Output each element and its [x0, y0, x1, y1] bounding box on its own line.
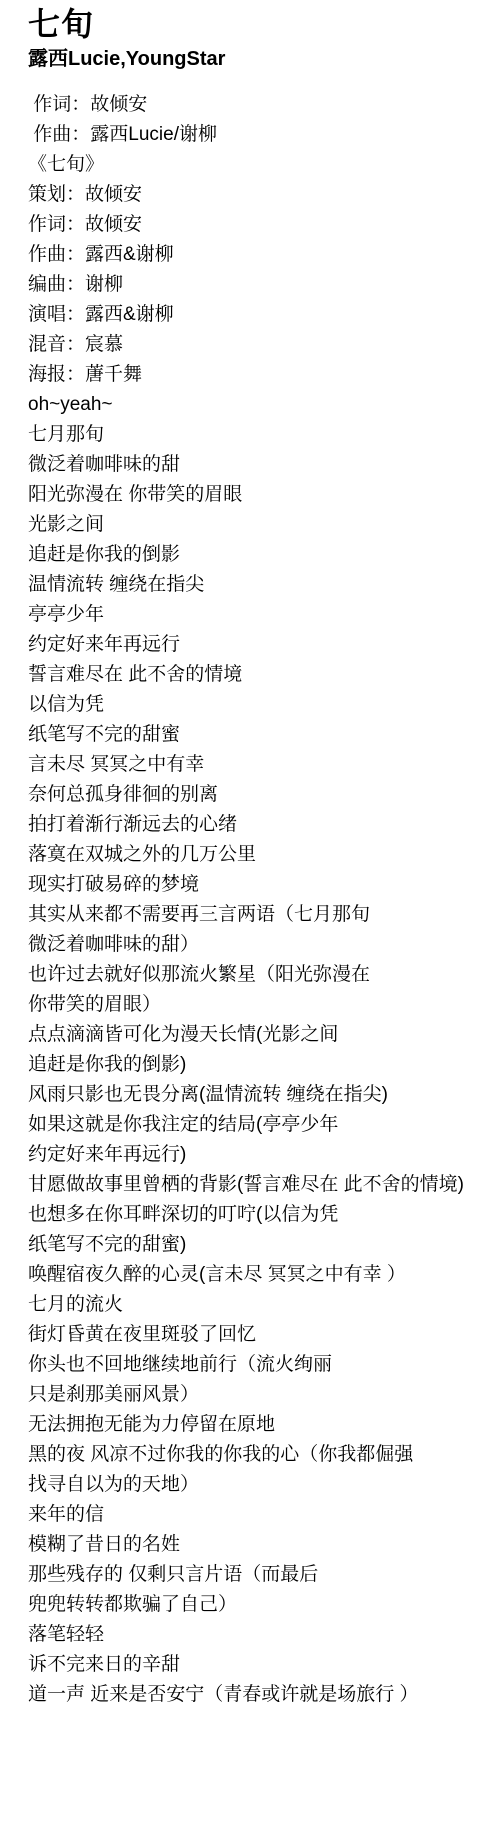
lyric-line: 只是刹那美丽风景）	[28, 1380, 482, 1410]
lyric-line: 《七旬》	[28, 150, 482, 180]
lyric-line: 点点滴滴皆可化为漫天长情(光影之间	[28, 1020, 482, 1050]
lyric-line: 温情流转 缠绕在指尖	[28, 570, 482, 600]
lyric-line: 纸笔写不完的甜蜜)	[28, 1230, 482, 1260]
lyric-line: 你头也不回地继续地前行（流火绚丽	[28, 1350, 482, 1380]
lyric-line: 如果这就是你我注定的结局(亭亭少年	[28, 1110, 482, 1140]
lyric-line: 风雨只影也无畏分离(温情流转 缠绕在指尖)	[28, 1080, 482, 1110]
lyric-line: 那些残存的 仅剩只言片语（而最后	[28, 1560, 482, 1590]
lyric-line: 微泛着咖啡味的甜）	[28, 930, 482, 960]
lyric-line: 你带笑的眉眼）	[28, 990, 482, 1020]
lyric-line: 以信为凭	[28, 690, 482, 720]
lyric-line: 演唱：露西&谢柳	[28, 300, 482, 330]
lyric-line: 作曲：露西Lucie/谢柳	[28, 120, 482, 150]
lyric-line: 唤醒宿夜久醉的心灵(言未尽 冥冥之中有幸 ）	[28, 1260, 482, 1290]
lyric-line: 奈何总孤身徘徊的别离	[28, 780, 482, 810]
lyric-line: 落笔轻轻	[28, 1620, 482, 1650]
lyric-line: 亭亭少年	[28, 600, 482, 630]
lyrics-section: 作词：故倾安 作曲：露西Lucie/谢柳《七旬》策划：故倾安作词：故倾安作曲：露…	[28, 90, 482, 1710]
lyric-line: 现实打破易碎的梦境	[28, 870, 482, 900]
lyric-line: 来年的信	[28, 1500, 482, 1530]
artist-line: 露西Lucie,YoungStar	[28, 48, 482, 70]
lyric-line: 阳光弥漫在 你带笑的眉眼	[28, 480, 482, 510]
lyric-line: 黑的夜 风凉不过你我的你我的心（你我都倔强	[28, 1440, 482, 1470]
lyric-line: 甘愿做故事里曾栖的背影(誓言难尽在 此不舍的情境)	[28, 1170, 482, 1200]
lyric-line: 编曲：谢柳	[28, 270, 482, 300]
lyric-line: 追赶是你我的倒影	[28, 540, 482, 570]
lyric-line: 诉不完来日的辛甜	[28, 1650, 482, 1680]
lyric-line: 作曲：露西&谢柳	[28, 240, 482, 270]
lyric-line: 作词：故倾安	[28, 210, 482, 240]
lyrics-page: 七旬 露西Lucie,YoungStar 作词：故倾安 作曲：露西Lucie/谢…	[0, 0, 500, 1840]
lyric-line: 无法拥抱无能为力停留在原地	[28, 1410, 482, 1440]
lyric-line: 兜兜转转都欺骗了自己）	[28, 1590, 482, 1620]
lyric-line: 纸笔写不完的甜蜜	[28, 720, 482, 750]
lyric-line: 约定好来年再远行	[28, 630, 482, 660]
lyric-line: 作词：故倾安	[28, 90, 482, 120]
lyric-line: 模糊了昔日的名姓	[28, 1530, 482, 1560]
lyric-line: 策划：故倾安	[28, 180, 482, 210]
lyric-line: 微泛着咖啡味的甜	[28, 450, 482, 480]
lyric-line: 找寻自以为的天地）	[28, 1470, 482, 1500]
lyric-line: 也想多在你耳畔深切的叮咛(以信为凭	[28, 1200, 482, 1230]
lyric-line: 道一声 近来是否安宁（青春或许就是场旅行 ）	[28, 1680, 482, 1710]
lyric-line: 七月那旬	[28, 420, 482, 450]
lyric-line: 追赶是你我的倒影)	[28, 1050, 482, 1080]
song-title: 七旬	[28, 6, 482, 43]
lyric-line: 海报：蓎千舞	[28, 360, 482, 390]
lyric-line: 光影之间	[28, 510, 482, 540]
lyric-line: 言未尽 冥冥之中有幸	[28, 750, 482, 780]
lyric-line: 混音：宸慕	[28, 330, 482, 360]
lyric-line: 落寞在双城之外的几万公里	[28, 840, 482, 870]
lyric-line: 拍打着渐行渐远去的心绪	[28, 810, 482, 840]
lyric-line: 其实从来都不需要再三言两语（七月那旬	[28, 900, 482, 930]
lyric-line: 七月的流火	[28, 1290, 482, 1320]
lyric-line: 约定好来年再远行)	[28, 1140, 482, 1170]
lyric-line: 誓言难尽在 此不舍的情境	[28, 660, 482, 690]
lyric-line: oh~yeah~	[28, 390, 482, 420]
lyric-line: 也许过去就好似那流火繁星（阳光弥漫在	[28, 960, 482, 990]
lyric-line: 街灯昏黄在夜里斑驳了回忆	[28, 1320, 482, 1350]
